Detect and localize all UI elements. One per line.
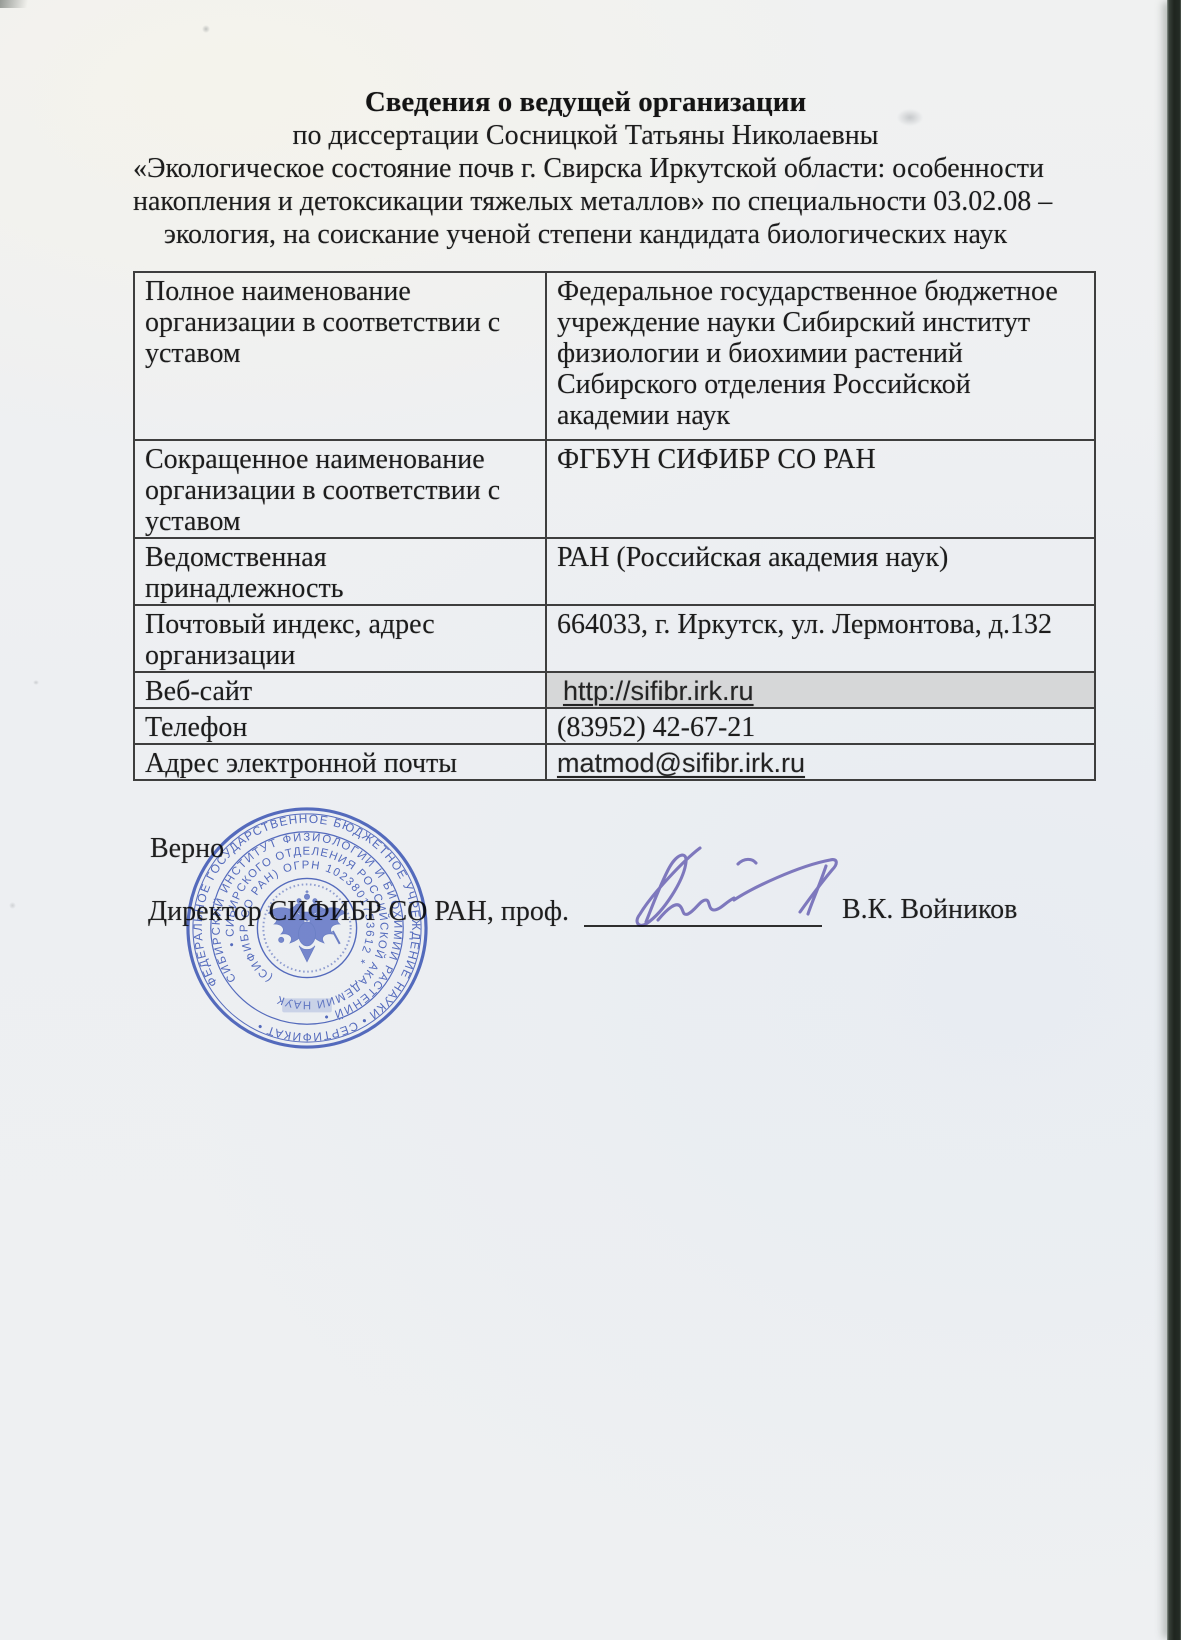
- table-row: Адрес электронной почты matmod@sifibr.ir…: [134, 744, 1095, 780]
- website-url: http://sifibr.irk.ru: [557, 676, 754, 707]
- subtitle-line: экология, на соискание ученой степени ка…: [133, 218, 1038, 251]
- table-cell-value-email: matmod@sifibr.irk.ru: [546, 744, 1095, 780]
- table-cell-label-full-name: Полное наименование организации в соотве…: [134, 272, 546, 440]
- table-cell-value-affiliation: РАН (Российская академия наук): [546, 538, 1095, 605]
- table-cell-label-address: Почтовый индекс, адрес организации: [134, 605, 546, 672]
- table-cell-value-full-name: Федеральное государственное бюджетное уч…: [546, 272, 1095, 440]
- stamp-ink-smudge: [282, 998, 332, 1012]
- table-row: Телефон (83952) 42-67-21: [134, 708, 1095, 744]
- official-stamp: ФЕДЕРАЛЬНОЕ ГОСУДАРСТВЕННОЕ БЮДЖЕТНОЕ УЧ…: [183, 804, 431, 1052]
- scanned-document-page: Сведения о ведущей организации по диссер…: [0, 0, 1181, 1640]
- table-row: Почтовый индекс, адрес организации 66403…: [134, 605, 1095, 672]
- scan-artifact: [9, 902, 16, 909]
- scan-artifact: [0, 0, 32, 8]
- table-row: Ведомственная принадлежность РАН (Россий…: [134, 538, 1095, 605]
- table-row: Сокращенное наименование организации в с…: [134, 440, 1095, 538]
- signatory-name: В.К. Войников: [842, 894, 1017, 926]
- table-cell-value-phone: (83952) 42-67-21: [546, 708, 1095, 744]
- table-cell-label-affiliation: Ведомственная принадлежность: [134, 538, 546, 605]
- scan-artifact: [33, 680, 39, 685]
- table-row: Полное наименование организации в соотве…: [134, 272, 1095, 440]
- table-cell-value-website: http://sifibr.irk.ru: [546, 672, 1095, 708]
- table-cell-label-short-name: Сокращенное наименование организации в с…: [134, 440, 546, 538]
- table-cell-value-short-name: ФГБУН СИФИБР СО РАН: [546, 440, 1095, 538]
- signature: [588, 836, 850, 938]
- table-cell-label-website: Веб-сайт: [134, 672, 546, 708]
- organization-info-table: Полное наименование организации в соотве…: [133, 271, 1096, 781]
- subtitle-line: накопления и детоксикации тяжелых металл…: [133, 185, 1038, 218]
- subtitle-line: «Экологическое состояние почв г. Свирска…: [133, 152, 1038, 185]
- table-cell-label-phone: Телефон: [134, 708, 546, 744]
- subtitle-line: по диссертации Сосницкой Татьяны Николае…: [133, 119, 1038, 152]
- table-row: Веб-сайт http://sifibr.irk.ru: [134, 672, 1095, 708]
- double-headed-eagle-icon: [268, 890, 345, 961]
- document-header: Сведения о ведущей организации по диссер…: [133, 86, 1038, 251]
- email-address: matmod@sifibr.irk.ru: [557, 748, 805, 778]
- page-title: Сведения о ведущей организации: [133, 86, 1038, 119]
- table-cell-label-email: Адрес электронной почты: [134, 744, 546, 780]
- table-cell-value-address: 664033, г. Иркутск, ул. Лермонтова, д.13…: [546, 605, 1095, 672]
- scan-artifact: [202, 25, 210, 33]
- scan-edge-shadow: [1167, 0, 1181, 1640]
